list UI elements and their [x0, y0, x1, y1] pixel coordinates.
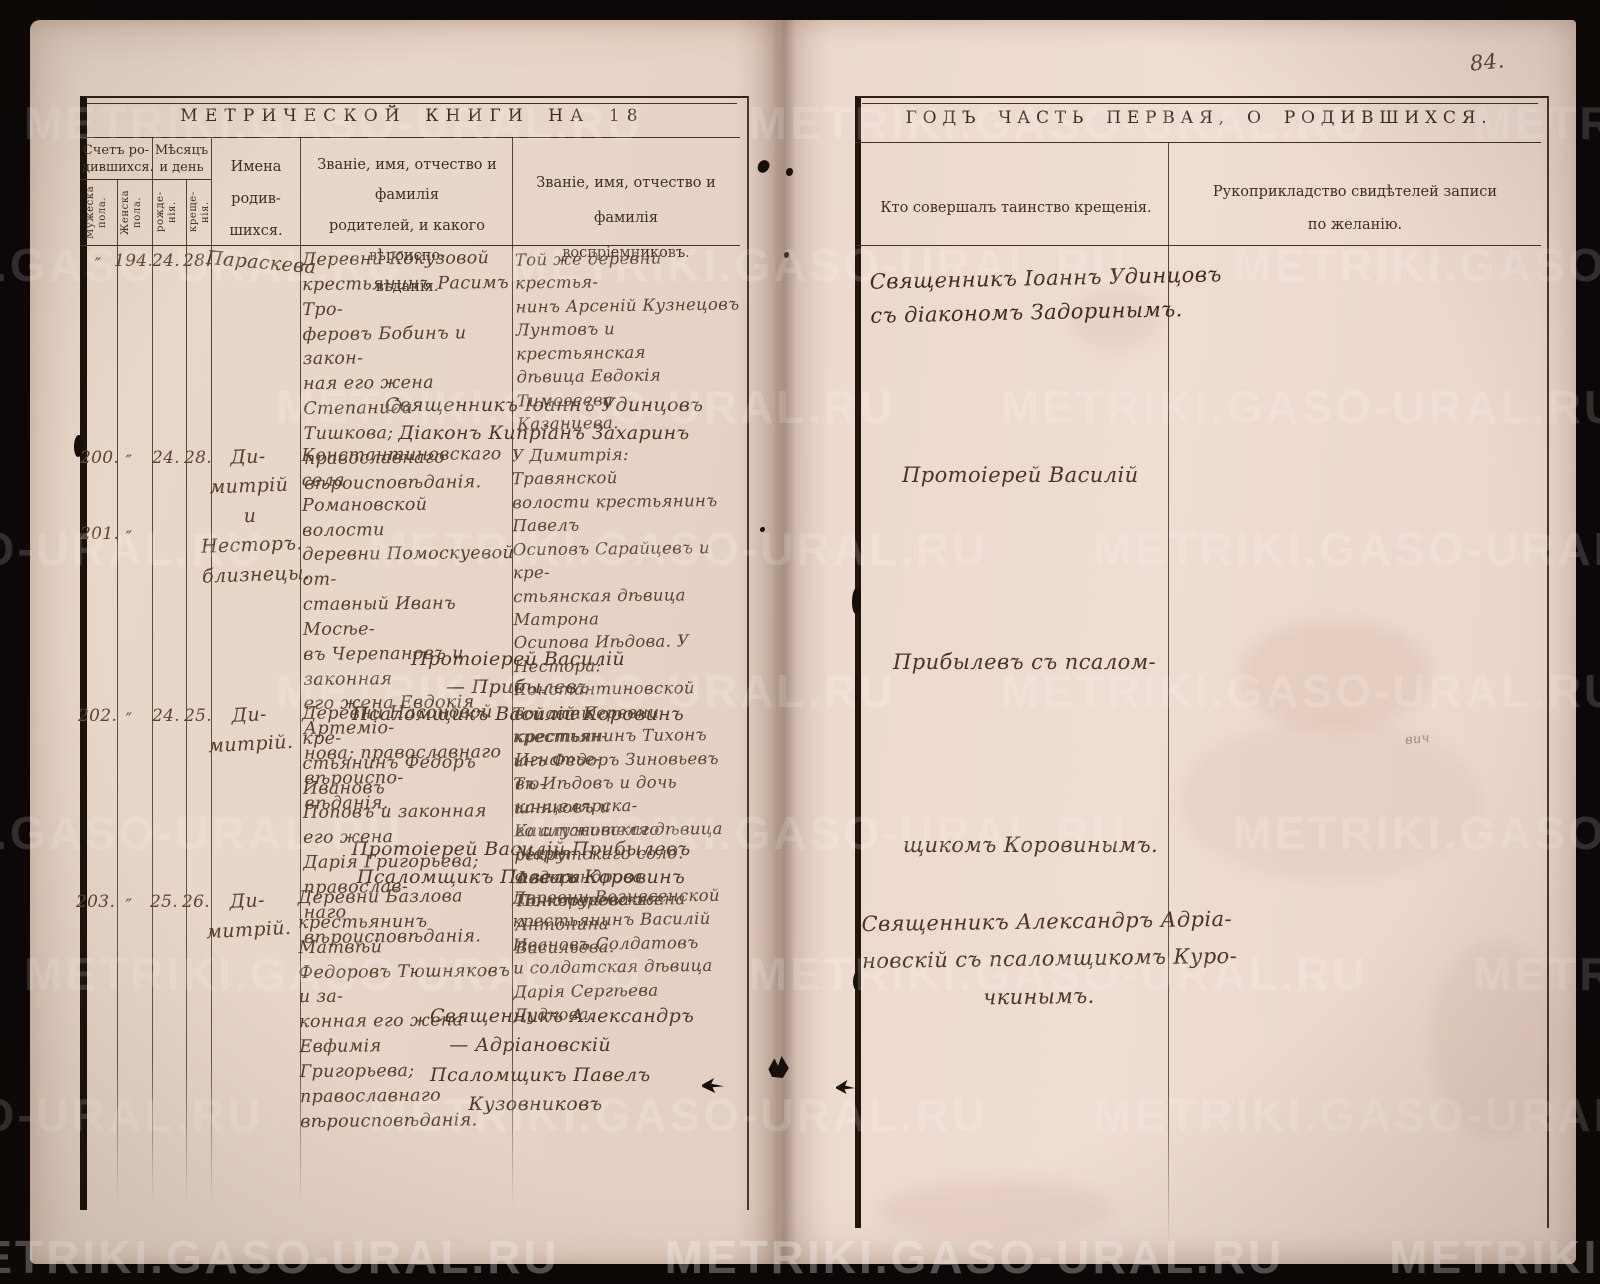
entry3-born-day: 24. — [148, 704, 184, 728]
entry3-female-count: ″ — [114, 708, 144, 732]
header-female: Женска пола. — [120, 181, 150, 243]
header-witnesses: Рукоприкладство свидѣтелей записи по жел… — [1188, 176, 1522, 243]
watermark-row: METRIKI.GASO-URAL.RUMETRIKI.GASO-URAL.RU… — [24, 96, 1600, 150]
column-line — [211, 137, 212, 1205]
column-line — [117, 179, 118, 1205]
watermark-row: METRIKI.GASO-URAL.RUMETRIKI.GASO-URAL.RU… — [0, 1230, 1600, 1284]
column-line — [152, 137, 153, 1205]
officiant-note-2a: Протоіерей Василій — [902, 458, 1222, 492]
entry4-female-count: ″ — [114, 894, 144, 918]
entry2-male-count: 200. — [80, 446, 116, 470]
metric-book-scan: 84. МЕТРИЧЕСКОЙ КНИГИ НА 18 Счетъ ро- ди… — [0, 0, 1600, 1284]
watermark-row: METRIKI.GASO-URAL.RUMETRIKI.GASO-URAL.RU… — [0, 806, 1600, 860]
header-names: Имена родив- шихся. — [213, 152, 299, 248]
entry3-male-count: 202. — [78, 704, 114, 728]
watermark-row: METRIKI.GASO-URAL.RUMETRIKI.GASO-URAL.RU… — [0, 238, 1600, 292]
watermark-row: METRIKI.GASO-URAL.RUMETRIKI.GASO-URAL.RU… — [0, 1088, 1600, 1142]
entry4-male-count: 203. — [76, 890, 112, 914]
subheader-rule — [80, 179, 211, 180]
header-officiant: Кто совершалъ таинство крещенія. — [872, 198, 1160, 220]
header-male: Мужеска пола. — [85, 181, 115, 243]
header-born: рожде- нія. — [155, 181, 184, 243]
watermark-row: METRIKI.GASO-URAL.RUMETRIKI.GASO-URAL.RU… — [24, 947, 1600, 1001]
page-number: 84. — [1469, 46, 1507, 79]
watermark-row: METRIKI.GASO-URAL.RUMETRIKI.GASO-URAL.RU… — [0, 522, 1600, 576]
header-baptized: креще- нія. — [188, 181, 210, 243]
column-line — [186, 179, 187, 1205]
entry2-female-count: ″ — [114, 450, 144, 474]
entry2-born-day: 24. — [148, 446, 184, 470]
entry4-born-day: 25. — [146, 890, 182, 914]
watermark-row: METRIKI.GASO-URAL.RUMETRIKI.GASO-URAL.RU… — [276, 380, 1600, 434]
watermark-row: METRIKI.GASO-URAL.RUMETRIKI.GASO-URAL.RU… — [276, 664, 1600, 718]
entry4-name: Ди- митрій. — [199, 885, 298, 949]
